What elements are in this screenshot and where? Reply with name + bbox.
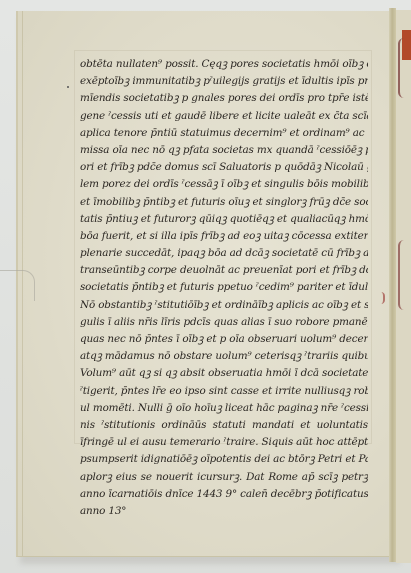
text-line: exēptoībꝫ immunitatibꝫ pˀuilegijs gratij… <box>80 73 368 90</box>
text-line: aplorꝫ eius se nouerit icursurꝫ. Dat Rom… <box>80 469 368 486</box>
text-line: ul momēti. Nulli ḡ oīo hoīuꝫ liceat hāc … <box>80 400 368 417</box>
text-line: ori et frībꝫ pdc̄e domus scī Saluatoris … <box>80 159 368 176</box>
text-line: psumpserit idignatiōēꝫ oīpotentis dei ac… <box>80 451 368 468</box>
text-line: Volum⁹ aūt qꝫ si qꝫ absit obseruatia hmō… <box>80 365 368 382</box>
text-line-final: anno 13° <box>80 503 368 520</box>
text-line: īfringē ul ei ausu temerario ˀtraire. Si… <box>80 434 368 451</box>
text-line: Nō obstantibꝫ ˀstitutiōībꝫ et ordināībꝫ … <box>80 297 368 314</box>
text-line: obtēta nullaten⁹ possit. Cęqꝫ pores soci… <box>80 56 368 73</box>
text-line: mīendis societatibꝫ p gnales pores dei o… <box>80 90 368 107</box>
text-line: gulis ī aliis nr̄is līris pdcīs quas ali… <box>80 314 368 331</box>
text-line: plenarie succedāt, ipaqꝫ bōa ad dcāꝫ soc… <box>80 245 368 262</box>
text-line: gene ˀcessis uti et gaudē libere et lici… <box>80 108 368 125</box>
margin-red-mark <box>380 292 385 304</box>
text-line: societatis p̄ntibꝫ et futuris ppetuo ˀce… <box>80 279 368 296</box>
text-line: bōa fuerit, et si illa ipīs frībꝫ ad eoꝫ… <box>80 228 368 245</box>
manuscript-text-block: obtēta nullaten⁹ possit. Cęqꝫ pores soci… <box>80 56 368 520</box>
text-line: anno īcarnatiōis dnīce 1443 9° calen̄ de… <box>80 486 368 503</box>
text-line: missa oīa nec nō qꝫ pfata societas mx qu… <box>80 142 368 159</box>
text-line: atqꝫ mādamus nō obstare uolum⁹ ceterisqꝫ… <box>80 348 368 365</box>
text-line: aplica tenore p̄ntiū statuimus decernim⁹… <box>80 125 368 142</box>
binding-gutter <box>389 8 396 562</box>
manuscript-scan: obtēta nullaten⁹ possit. Cęqꝫ pores soci… <box>0 0 411 573</box>
text-line: et īmobilibꝫ p̄ntibꝫ et futuris oīuꝫ et … <box>80 194 368 211</box>
text-line: transeūntibꝫ corpe deuolnāt ac preuenīat… <box>80 262 368 279</box>
text-line: lem porez dei ordīs ˀcessāꝫ ī oībꝫ et si… <box>80 176 368 193</box>
text-line: tatis p̄ntiuꝫ et futurorꝫ qūiqꝫ quotiēqꝫ… <box>80 211 368 228</box>
scanner-clip <box>0 270 35 301</box>
text-line: nis ˀstitutionis ordināūs statuti mandat… <box>80 417 368 434</box>
facing-page-flourish-middle <box>398 240 411 310</box>
text-line: quas nec nō p̄ntes ī oībꝫ et p oīa obser… <box>80 331 368 348</box>
margin-dot <box>67 86 69 88</box>
facing-page-flourish-top <box>398 38 411 98</box>
text-line: ˀtigerit, p̄ntes lr̄e eo ipso sint casse… <box>80 383 368 400</box>
